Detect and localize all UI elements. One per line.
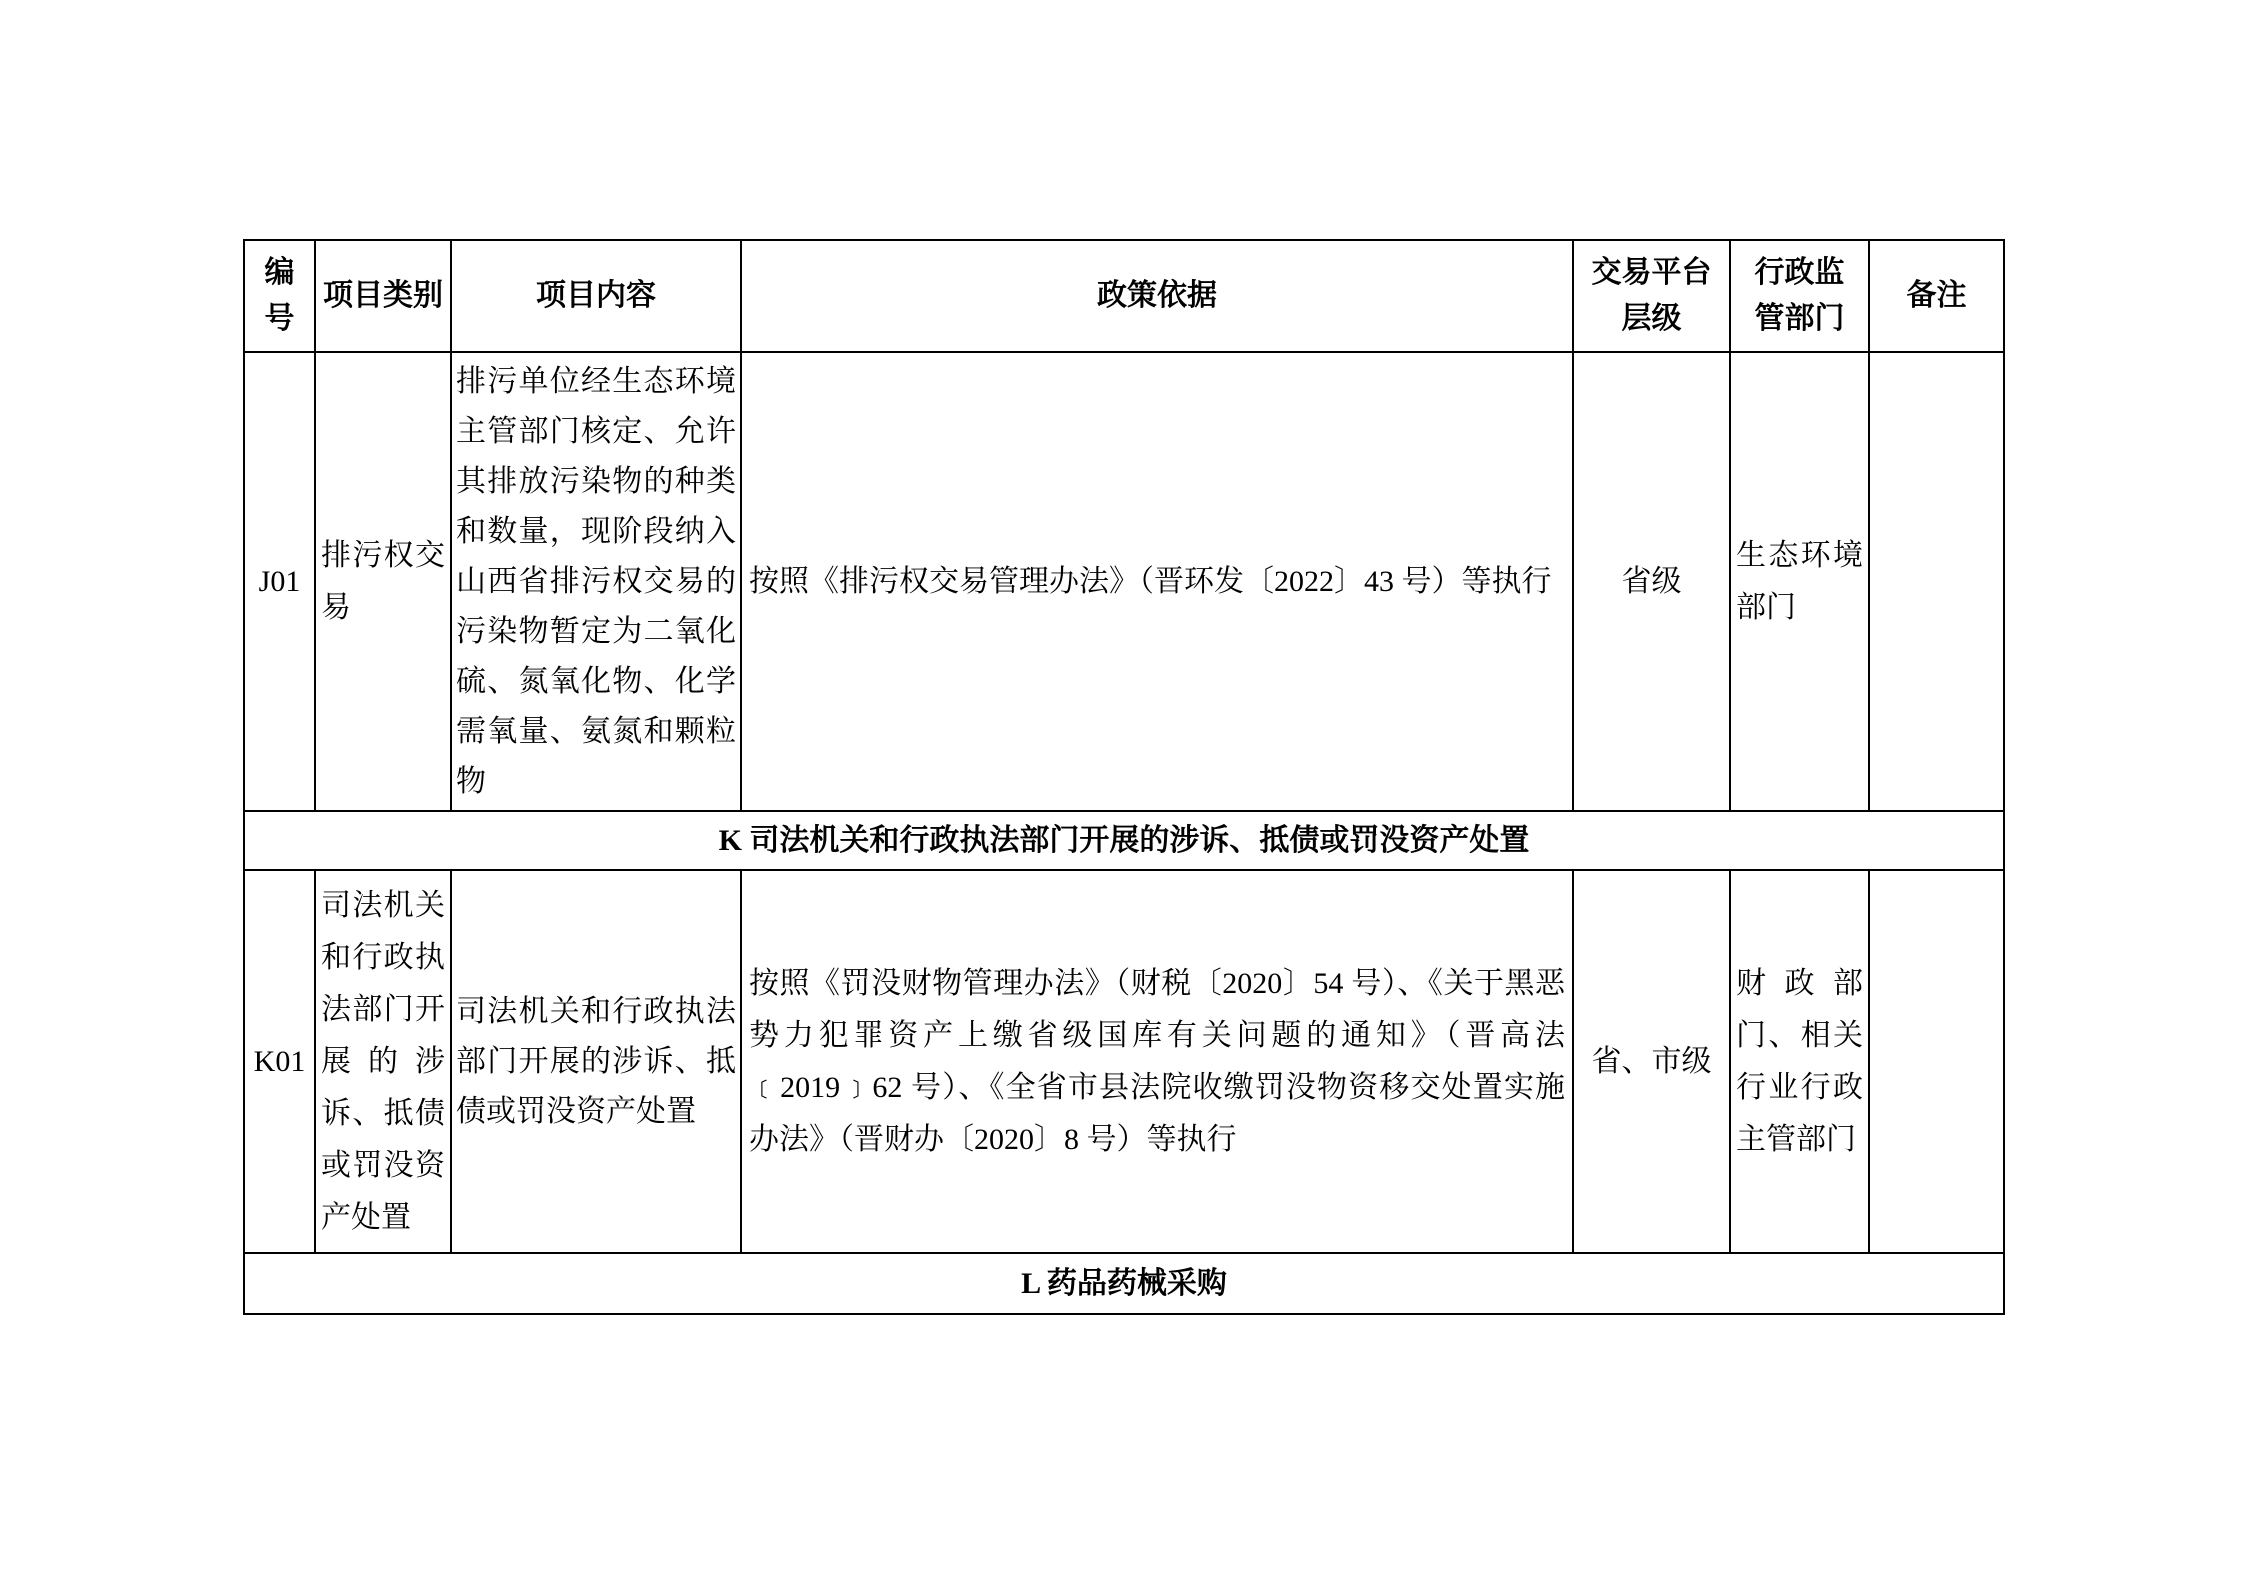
row-j01-platform: 省级 [1579, 556, 1724, 608]
header-cell-note-label: 备注 [1875, 273, 1998, 319]
header-cell-platform-label: 交易平台层级 [1588, 250, 1715, 342]
document-page: 编号 项目类别 项目内容 政策依据 交易平台层级 行政监管部门 备注 J01 排… [0, 0, 2245, 1587]
row-k01-content: 司法机关和行政执法部门开展的涉诉、抵债或罚没资产处置 [456, 987, 736, 1137]
row-j01-policy: 按照《排污权交易管理办法》（晋环发〔2022〕43 号）等执行 [749, 556, 1565, 608]
row-j01-category: 排污权交易 [321, 530, 445, 634]
row-j01-platform-cell: 省级 [1574, 353, 1731, 812]
header-cell-id-label: 编号 [250, 250, 309, 342]
section-row-l: L 药品药械采购 [245, 1254, 2005, 1315]
header-cell-category-label: 项目类别 [321, 273, 445, 319]
row-k01-category-cell: 司法机关和行政执法部门开展的涉诉、抵债或罚没资产处置 [316, 871, 452, 1254]
header-cell-platform: 交易平台层级 [1574, 241, 1731, 353]
row-j01-content: 排污单位经生态环境主管部门核定、允许其排放污染物的种类和数量，现阶段纳入山西省排… [456, 357, 736, 807]
row-k01-content-cell: 司法机关和行政执法部门开展的涉诉、抵债或罚没资产处置 [452, 871, 742, 1254]
row-j01-regulator-cell: 生态环境部门 [1731, 353, 1870, 812]
row-k01-platform: 省、市级 [1579, 1036, 1724, 1088]
header-cell-note: 备注 [1870, 241, 2005, 353]
row-k01-policy-cell: 按照《罚没财物管理办法》（财税〔2020〕54 号）、《关于黑恶势力犯罪资产上缴… [742, 871, 1574, 1254]
header-cell-content: 项目内容 [452, 241, 742, 353]
header-cell-id: 编号 [245, 241, 316, 353]
row-j01-id-cell: J01 [245, 353, 316, 812]
row-j01-id: J01 [250, 556, 309, 608]
row-k01-regulator-cell: 财政部门、相关行业行政主管部门 [1731, 871, 1870, 1254]
header-cell-category: 项目类别 [316, 241, 452, 353]
row-k01-policy: 按照《罚没财物管理办法》（财税〔2020〕54 号）、《关于黑恶势力犯罪资产上缴… [749, 958, 1565, 1166]
header-cell-policy: 政策依据 [742, 241, 1574, 353]
row-j01-note-cell [1870, 353, 2005, 812]
project-catalog-table: 编号 项目类别 项目内容 政策依据 交易平台层级 行政监管部门 备注 J01 排… [243, 239, 2005, 1315]
section-row-l-label: L 药品药械采购 [250, 1264, 1998, 1304]
row-j01-policy-cell: 按照《排污权交易管理办法》（晋环发〔2022〕43 号）等执行 [742, 353, 1574, 812]
header-cell-regulator-label: 行政监管部门 [1745, 250, 1854, 342]
header-cell-content-label: 项目内容 [457, 273, 735, 319]
row-j01-content-cell: 排污单位经生态环境主管部门核定、允许其排放污染物的种类和数量，现阶段纳入山西省排… [452, 353, 742, 812]
header-cell-regulator: 行政监管部门 [1731, 241, 1870, 353]
row-k01-id: K01 [250, 1036, 309, 1088]
row-k01-platform-cell: 省、市级 [1574, 871, 1731, 1254]
section-row-k-label: K 司法机关和行政执法部门开展的涉诉、抵债或罚没资产处置 [250, 821, 1998, 861]
row-k01-category: 司法机关和行政执法部门开展的涉诉、抵债或罚没资产处置 [321, 880, 445, 1244]
section-row-k: K 司法机关和行政执法部门开展的涉诉、抵债或罚没资产处置 [245, 812, 2005, 871]
header-cell-policy-label: 政策依据 [747, 273, 1567, 319]
row-k01-id-cell: K01 [245, 871, 316, 1254]
row-j01-category-cell: 排污权交易 [316, 353, 452, 812]
row-k01-note-cell [1870, 871, 2005, 1254]
row-k01-regulator: 财政部门、相关行业行政主管部门 [1736, 958, 1863, 1166]
row-j01-regulator: 生态环境部门 [1736, 530, 1863, 634]
